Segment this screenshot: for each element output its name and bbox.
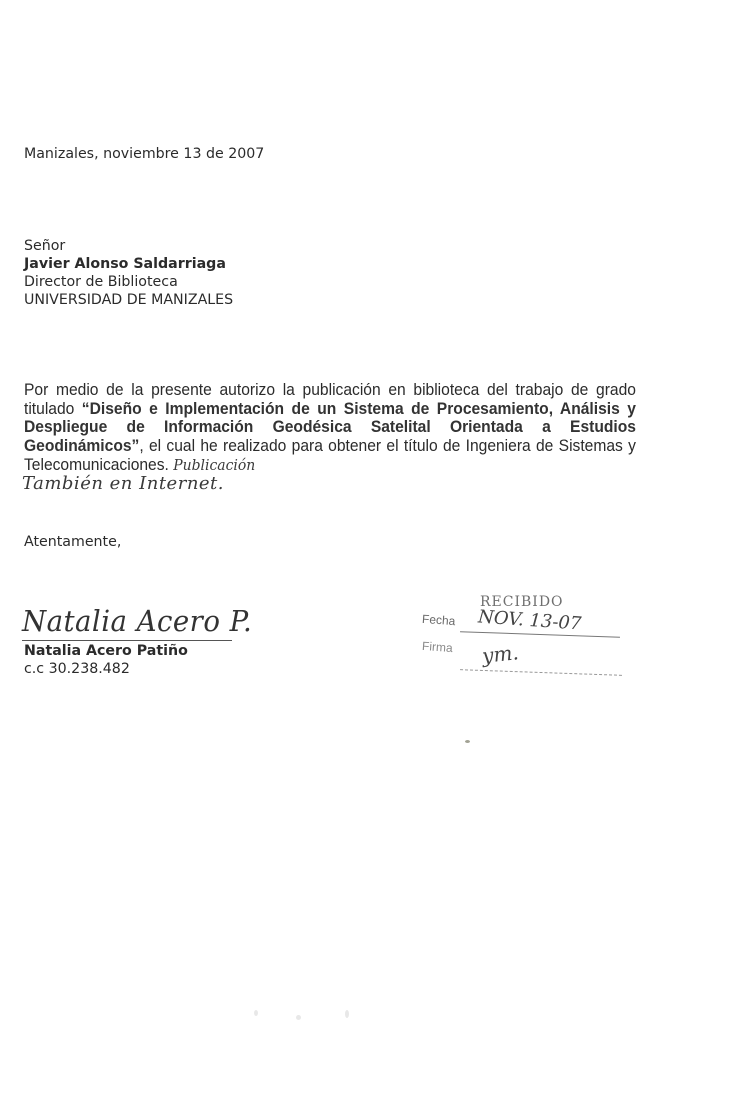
received-stamp: RECIBIDO Fecha NOV. 13-07 Firma ym. <box>398 592 628 682</box>
scan-speck <box>465 740 470 743</box>
letter-date: Manizales, noviembre 13 de 2007 <box>24 145 264 163</box>
signer-block: Natalia Acero Patiño c.c 30.238.482 <box>24 642 188 678</box>
scan-smudge <box>345 1010 349 1018</box>
letter-closing: Atentamente, <box>24 533 121 551</box>
signer-id: c.c 30.238.482 <box>24 660 188 678</box>
stamp-date-line <box>460 631 620 638</box>
signer-name: Natalia Acero Patiño <box>24 642 188 660</box>
stamp-date-label: Fecha <box>422 612 456 628</box>
stamp-date-value: NOV. 13-07 <box>477 606 582 634</box>
close-quote: ” <box>132 436 140 455</box>
stamp-signature-label: Firma <box>422 639 454 655</box>
recipient-salutation: Señor <box>24 237 233 255</box>
recipient-name: Javier Alonso Saldarriaga <box>24 255 233 273</box>
handwritten-note-line2: También en Internet. <box>22 473 224 494</box>
open-quote: “ <box>82 399 90 418</box>
scan-smudge <box>296 1015 301 1020</box>
recipient-institution: UNIVERSIDAD DE MANIZALES <box>24 291 233 309</box>
handwritten-signature: Natalia Acero P. <box>22 604 252 638</box>
stamp-signature-line <box>460 669 622 676</box>
recipient-position: Director de Biblioteca <box>24 273 233 291</box>
scan-smudge <box>254 1010 258 1016</box>
stamp-signature-value: ym. <box>481 640 520 668</box>
recipient-block: Señor Javier Alonso Saldarriaga Director… <box>24 237 233 309</box>
handwritten-note-line1: Publicación <box>173 456 255 474</box>
letter-body: Por medio de la presente autorizo la pub… <box>24 381 636 475</box>
signature-line <box>22 640 232 641</box>
